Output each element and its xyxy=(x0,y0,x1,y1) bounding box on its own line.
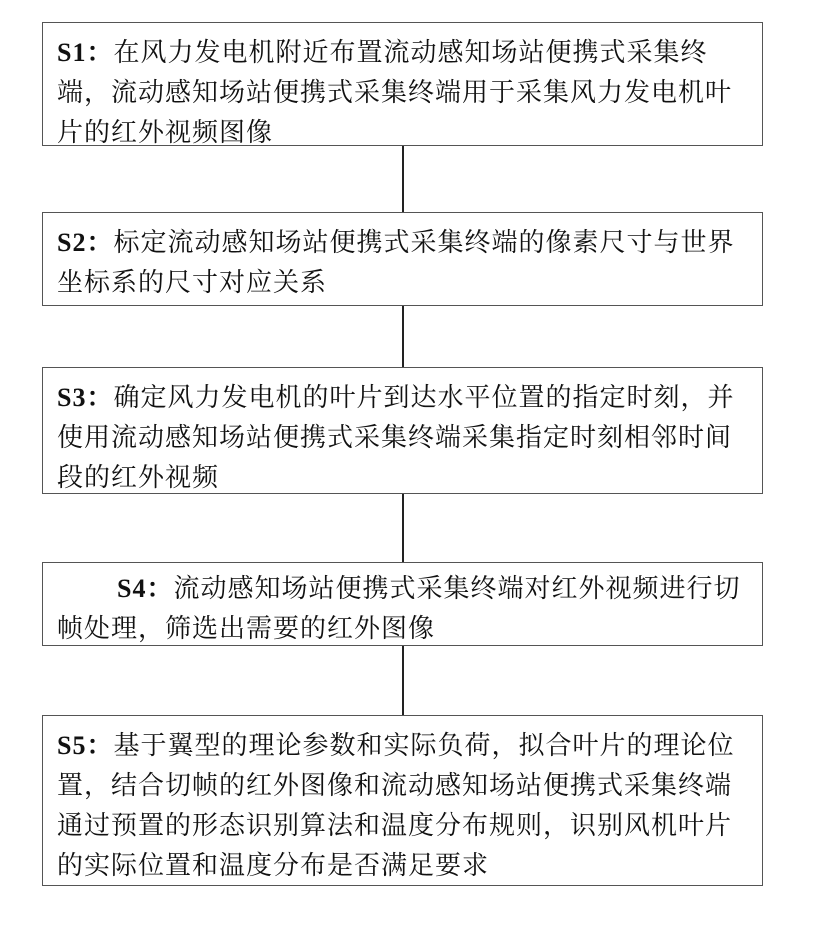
step-box-s4: S4：流动感知场站便携式采集终端对红外视频进行切帧处理，筛选出需要的红外图像 xyxy=(42,562,763,646)
step-label: S4： xyxy=(117,574,173,603)
step-label: S3： xyxy=(57,383,113,412)
step-box-s3: S3：确定风力发电机的叶片到达水平位置的指定时刻，并使用流动感知场站便携式采集终… xyxy=(42,367,763,494)
step-label: S1： xyxy=(57,38,113,67)
connector-line xyxy=(402,146,404,212)
connector-line xyxy=(402,306,404,367)
step-label: S2： xyxy=(57,228,113,257)
step-box-s1: S1：在风力发电机附近布置流动感知场站便携式采集终端，流动感知场站便携式采集终端… xyxy=(42,22,763,146)
connector-line xyxy=(402,646,404,715)
step-text: 在风力发电机附近布置流动感知场站便携式采集终端，流动感知场站便携式采集终端用于采… xyxy=(57,38,732,148)
connector-line xyxy=(402,494,404,562)
step-text: 基于翼型的理论参数和实际负荷，拟合叶片的理论位置，结合切帧的红外图像和流动感知场… xyxy=(57,731,734,881)
step-box-s5: S5：基于翼型的理论参数和实际负荷，拟合叶片的理论位置，结合切帧的红外图像和流动… xyxy=(42,715,763,886)
step-box-s2: S2：标定流动感知场站便携式采集终端的像素尺寸与世界坐标系的尺寸对应关系 xyxy=(42,212,763,306)
step-text: 标定流动感知场站便携式采集终端的像素尺寸与世界坐标系的尺寸对应关系 xyxy=(57,228,734,298)
step-text: 确定风力发电机的叶片到达水平位置的指定时刻，并使用流动感知场站便携式采集终端采集… xyxy=(57,383,734,493)
step-label: S5： xyxy=(57,731,113,760)
